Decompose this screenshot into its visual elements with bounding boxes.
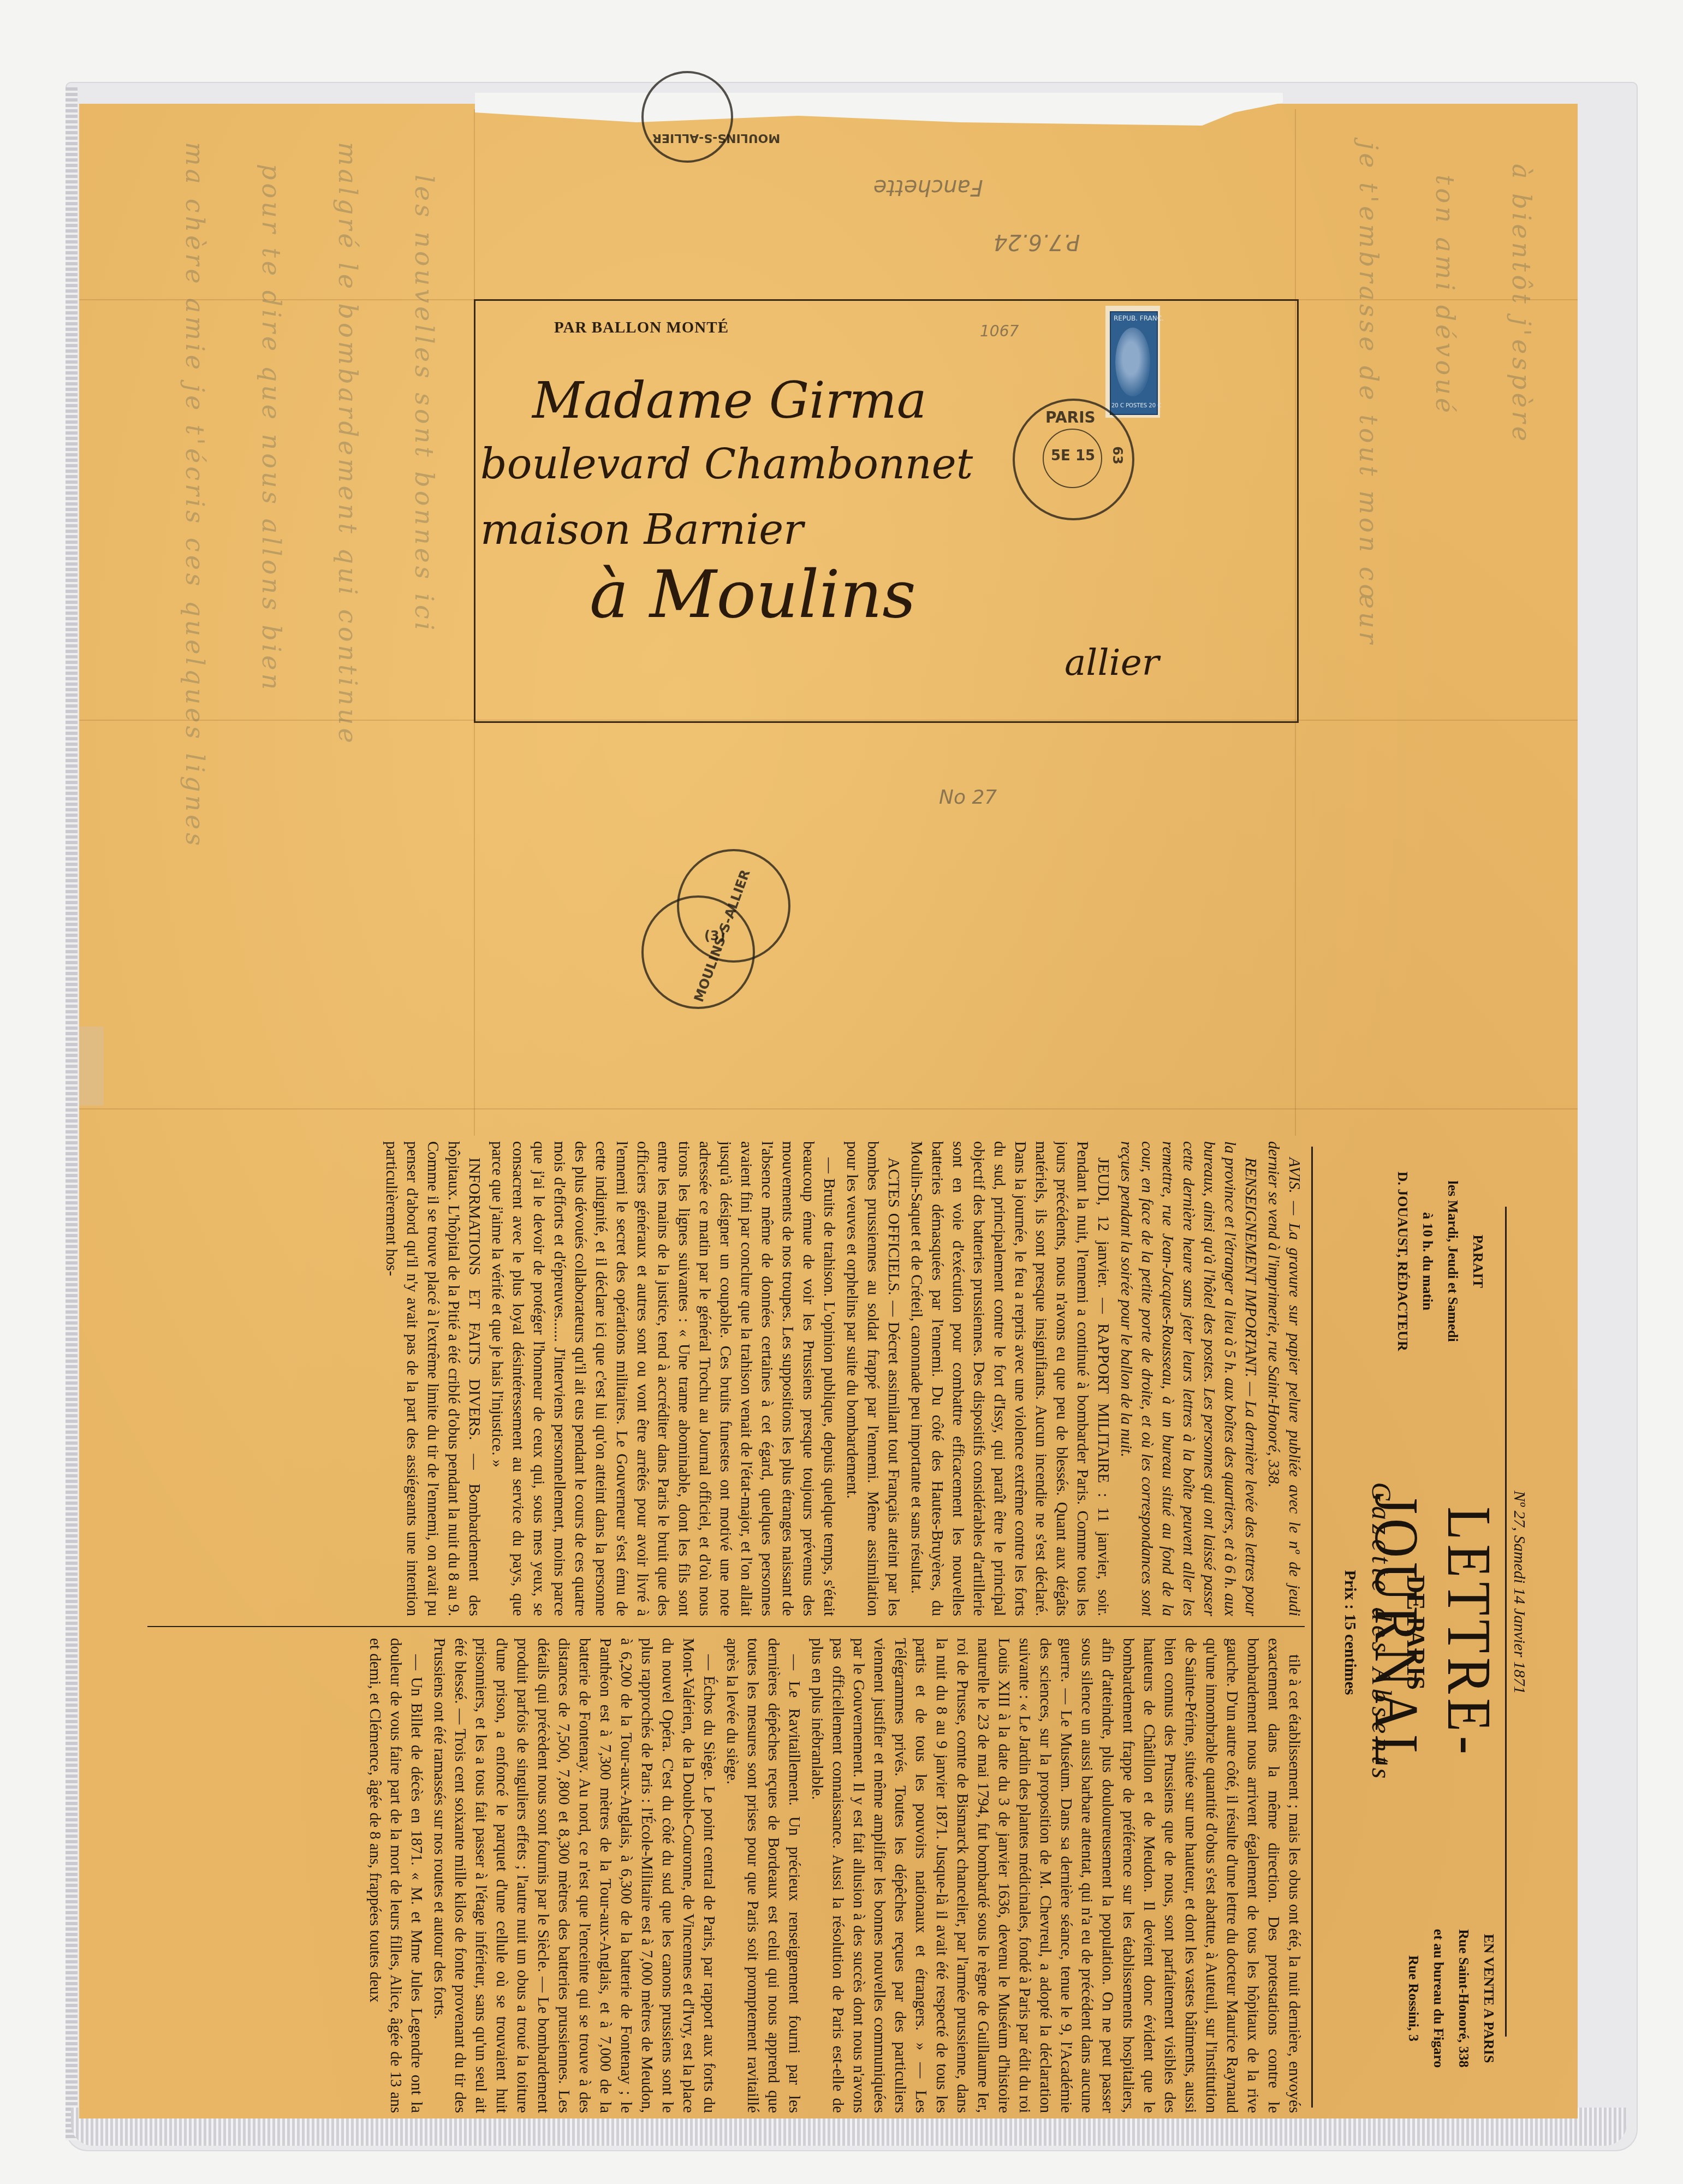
masthead-left: PARAIT les Mardi, Jeudi et Samedi à 10 h… <box>1390 1141 1490 1381</box>
par-ballon-monte-imprint: PAR BALLON MONTÉ <box>554 319 729 337</box>
echos-paragraph: — Échos du Siège. Le point central de Pa… <box>429 1638 719 2113</box>
paris-postmark-city: PARIS <box>1045 408 1096 426</box>
figaro-bureau: et au bureau du Figaro <box>1426 1884 1451 2113</box>
vente-address: Rue Saint-Honoré, 338 <box>1451 1884 1476 2113</box>
editor: D. JOUAUST, RÉDACTEUR <box>1390 1141 1415 1381</box>
newspaper-rotated: Nº 27, Samedi 14 Janvier 1871 PARAIT les… <box>136 1141 1534 2113</box>
faint-pencil-writing: malgré le bombardement qui continue <box>333 142 362 746</box>
faint-pencil-writing: les nouvelles sont bonnes ici <box>409 175 439 633</box>
faint-pencil-writing: à bientôt j'espère <box>1507 164 1536 444</box>
ravitaillement-paragraph: — Le Ravitaillement. Un précieux renseig… <box>722 1638 805 2113</box>
issue-line: Nº 27, Samedi 14 Janvier 1871 <box>1510 1491 1529 1694</box>
actes-officiels-paragraph: ACTES OFFICIELS. — Décret assimilant tou… <box>842 1141 904 1616</box>
address-line-5: allier <box>1064 642 1159 684</box>
publication-days: les Mardi, Jeudi et Samedi <box>1440 1141 1465 1381</box>
faint-pencil-writing: pour te dire que nous allons bien <box>257 164 286 693</box>
hinge-tape <box>79 1026 104 1106</box>
stamp-country: REPUB. FRANC. <box>1114 314 1164 322</box>
bruits-trahison-paragraph: — Bruits de trahison. L'opinion publique… <box>487 1141 840 1616</box>
paris-postmark-code: 63 <box>1110 446 1125 464</box>
moulins-postmark-dept: (3) <box>704 928 725 943</box>
billet-deces-paragraph: — Un Billet de décès en 1871. « M. et Mm… <box>365 1638 427 2113</box>
catalog-number: 1067 <box>980 322 1019 340</box>
publication-time: à 10 h. du matin <box>1415 1141 1440 1381</box>
newspaper-masthead: Nº 27, Samedi 14 Janvier 1871 PARAIT les… <box>1305 1141 1534 2113</box>
rapport-militaire-paragraph: JEUDI, 12 janvier. — RAPPORT MILITAIRE :… <box>906 1141 1114 1616</box>
masthead-right: EN VENTE A PARIS Rue Saint-Honoré, 338 e… <box>1401 1884 1501 2113</box>
moulins-postmark-top <box>641 71 733 163</box>
address-line-4: à Moulins <box>590 557 916 633</box>
newspaper-section: Nº 27, Samedi 14 Janvier 1871 PARAIT les… <box>136 1141 1534 2113</box>
column-divider <box>147 1626 1305 1627</box>
newspaper-price: Prix : 15 centimes <box>1341 1370 1359 1895</box>
ceres-portrait-icon <box>1115 328 1150 396</box>
newspaper-columns: AVIS. — La gravure sur papier pelure pub… <box>147 1141 1305 2113</box>
avis-paragraph: AVIS. — La gravure sur papier pelure pub… <box>1263 1141 1305 1616</box>
newspaper-subtitle: DE PARIS <box>1401 1370 1430 1895</box>
column-1: AVIS. — La gravure sur papier pelure pub… <box>147 1141 1305 1616</box>
address-line-1: Madame Girma <box>532 371 927 430</box>
sleeve-edge-left <box>66 87 78 2140</box>
fold-line <box>79 1108 1578 1109</box>
faint-pencil-writing: je t'embrasse de tout mon cœur <box>1354 142 1383 647</box>
newspaper-gazette: Gazette des Absents <box>1366 1370 1397 1895</box>
rule <box>1311 1147 1313 2108</box>
pencil-note: Fanchette <box>873 175 983 200</box>
stamp-value: 20 C POSTES 20 C <box>1111 403 1161 409</box>
column-2: tile à cet établissement ; mais les obus… <box>147 1638 1305 2113</box>
paris-postmark-date: 5E 15 <box>1051 448 1095 464</box>
address-line-3: maison Barnier <box>480 505 804 554</box>
vente-label: EN VENTE A PARIS <box>1476 1884 1501 2113</box>
faint-pencil-writing: ton ami dévoué <box>1430 175 1460 416</box>
hopitaux-paragraph: tile à cet établissement ; mais les obus… <box>807 1638 1305 2113</box>
pencil-note: P.7.6.24 <box>994 229 1080 254</box>
parait-label: PARAIT <box>1465 1141 1490 1381</box>
rule <box>1505 1207 1507 2037</box>
renseignement-paragraph: RENSEIGNEMENT IMPORTANT. — La dernière l… <box>1116 1141 1261 1616</box>
postmark-text: MOULINS-S-ALLIER <box>652 131 780 145</box>
address-line-2: boulevard Chambonnet <box>480 440 973 488</box>
number-note: No 27 <box>939 786 997 809</box>
informations-paragraph: INFORMATIONS ET FAITS DIVERS. — Bombarde… <box>381 1141 485 1616</box>
faint-pencil-writing: ma chère amie je t'écris ces quelques li… <box>180 142 210 849</box>
figaro-address: Rue Rossini, 3 <box>1401 1884 1426 2113</box>
